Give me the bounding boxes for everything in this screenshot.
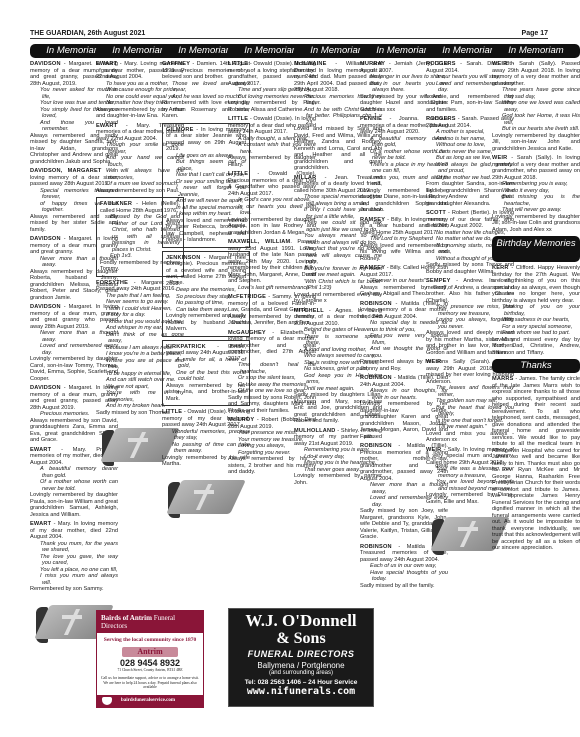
notice-surname: MILLAR [294, 175, 316, 181]
notice-surname: WEIR [426, 447, 441, 453]
notice-surname: DAVIDSON [30, 385, 61, 391]
notice-surname: SEMPEY [426, 278, 451, 284]
notice-entry: WEIR - Sarah (Sally). Passed away 29th A… [492, 61, 580, 152]
notice-surname: LITTLE [228, 171, 248, 177]
bairds-logo-icon [102, 697, 112, 705]
notice-surname: EWART [30, 447, 51, 453]
notice-surname: DAVIDSON [30, 304, 61, 310]
notice-surname: GAFFNEY [162, 61, 190, 67]
wj-telephone: Tel: 028 2563 1406 – 24 Hour Service [229, 679, 373, 686]
verse-line: God took her Home, it was His will, [500, 113, 580, 126]
notice-surname: ROBINSON [360, 443, 392, 449]
notice-entry: WEIR - Sarah (Sally). In loving memory o… [492, 155, 580, 233]
wj-name: W.J. O'Donnell [229, 612, 373, 630]
notice-signature: Sadly missed by all the family. [360, 583, 448, 590]
bairds-header: Bairds of Antrim Funeral Directors [97, 611, 203, 633]
notice-surname: MARRS [492, 376, 514, 382]
notice-surname: LITTLE [228, 61, 248, 67]
notice-surname: MURRAY [360, 61, 385, 67]
notice-surname: ROBINSON [360, 375, 392, 381]
notice-surname: LITTLE [228, 116, 248, 122]
wj-locations: Ballymena / Portglenone [229, 661, 373, 670]
notice-surname: WEIR [492, 155, 507, 161]
notice-surname: MITCHELL [294, 308, 324, 314]
notice-surname: MULHOLLAND [294, 428, 335, 434]
verse-line: When one we loved was called away, [500, 100, 580, 113]
notice-signature: Lovingly remembered by daughter Jill, so… [492, 133, 580, 153]
notice-surname: RAMSEY [360, 217, 385, 223]
notice-text: - Clifford. Happy Heavenly birthday for … [492, 265, 580, 304]
notice-surname: McILWAINE [294, 61, 327, 67]
banner-in-memoriam: In Memoriam [492, 44, 580, 58]
notice-surname: ROBINSON [360, 301, 392, 307]
verse-line: Thank you mum, for the years we shared, [38, 541, 118, 554]
bible-icon [166, 476, 246, 522]
notice-verse: Three years have gone since that sad day… [492, 87, 580, 133]
notice-surname: PENNIE [360, 116, 382, 122]
notice-surname: KIRKPATRICK [166, 344, 206, 350]
bairds-body: Call us for immediate support, advice or… [100, 676, 200, 690]
notice-surname: McGAUGHEY [228, 330, 266, 336]
wj-odonnell-ad[interactable]: W.J. O'Donnell & Sons FUNERAL DIRECTORS … [228, 608, 374, 707]
notice-surname: McILROY [228, 417, 254, 423]
notice-surname: EWART [30, 521, 51, 527]
bairds-website[interactable]: bairdsfuneralservice.com [121, 698, 175, 703]
verse-line: With sadness in our hearts, [500, 317, 580, 324]
verse-line: Of a mother whose worth can never be tol… [38, 479, 118, 492]
verse-line: But missing you is the heartache, [500, 194, 580, 207]
notice-surname: ROBINSON [360, 544, 392, 550]
notice-surname: McFETRIDGE [228, 294, 266, 300]
notice-surname: WEIR [426, 359, 441, 365]
bairds-location: Antrim [122, 647, 178, 657]
notice-signature: Lovingly remembered by daughter Jill, so… [492, 214, 580, 234]
column-8: In MemoriamWEIR - Sarah (Sally). Passed … [492, 44, 580, 555]
verse-line: Three years have gone since that sad day… [500, 87, 580, 100]
bairds-tagline: Serving the local community since 1870 [97, 637, 203, 643]
banner-thanks: Thanks [492, 359, 580, 373]
verse-line: Thinking of you on your birthday, [500, 304, 580, 317]
bairds-phone: 028 9454 8932 [97, 658, 203, 668]
bairds-title: Bairds of Antrim [101, 614, 152, 622]
notice-entry: KERR - Clifford. Happy Heavenly birthday… [492, 265, 580, 356]
notice-verse: Thinking of you on your birthday,With sa… [492, 304, 580, 337]
wj-subtitle: FUNERAL DIRECTORS [229, 649, 373, 659]
notice-signature: Remembered by son Sammy. [30, 586, 118, 593]
notice-surname: LITTLE [162, 409, 182, 415]
notice-surname: RODGERS [426, 61, 456, 67]
notice-surname: EWART [96, 123, 117, 129]
bairds-footer: bairdsfuneralservice.com [97, 695, 203, 707]
verse-line: The love you gave, the way you cared, [38, 554, 118, 567]
notice-surname: DAVIDSON [30, 61, 61, 67]
wj-sons: & Sons [229, 630, 373, 647]
notice-text: - James. The family circle of the late J… [492, 376, 580, 551]
verse-line: Have special thoughts of you today. [368, 570, 448, 583]
notice-signature: Lovingly remembered by daughter Paula, s… [30, 492, 118, 518]
notice-surname: GILMORE [166, 127, 194, 133]
notice-surname: WEIR [492, 61, 507, 67]
notice-surname: MAXWELL, WILLIAM [228, 239, 290, 245]
notice-entry: EWART - Mary. In loving memory of my dea… [30, 521, 118, 593]
banner-birthday: Birthday Memories [492, 236, 580, 262]
notice-surname: DAVIDSON [30, 236, 61, 242]
verse-line: I miss you mum and always will. [38, 573, 118, 586]
verse-line: From whom we had to part. [500, 330, 580, 337]
wj-website[interactable]: www.nifunerals.com [229, 686, 373, 697]
notice-surname: SCOTT [426, 210, 446, 216]
bairds-address: 71 Church Street, County Antrim, BT41 4B… [97, 668, 203, 672]
notice-surname: DAVIDSON, MARGARET [30, 168, 102, 174]
wj-area: (and surrounding areas) [229, 670, 373, 676]
notice-verse: Remembering you is easy,We do it every d… [492, 181, 580, 214]
notice-entry: MARRS - James. The family circle of the … [492, 376, 580, 552]
notice-verse: Thank you mum, for the years we shared,T… [30, 541, 118, 587]
publication-line: THE GUARDIAN, 26th August 2021 [30, 30, 145, 37]
notice-surname: EWART [96, 61, 117, 67]
notice-surname: KERR [492, 265, 509, 271]
notice-surname: FAULKNER [100, 201, 132, 207]
page-header: THE GUARDIAN, 26th August 2021 Page 17 [30, 27, 548, 39]
notice-surname: RODGERS [426, 116, 456, 122]
bairds-funeral-ad[interactable]: Bairds of Antrim Funeral Directors Servi… [96, 610, 204, 708]
notice-surname: FORSYTHE [96, 280, 128, 286]
notice-surname: JENKINSON [166, 255, 200, 261]
verse-line: But in our hearts she liveth still. [500, 126, 580, 133]
notice-signature: Loved and missed every day by Mum, Dad, … [492, 337, 580, 357]
page-number: Page 17 [522, 30, 548, 37]
notice-surname: RAMSEY [360, 265, 385, 271]
